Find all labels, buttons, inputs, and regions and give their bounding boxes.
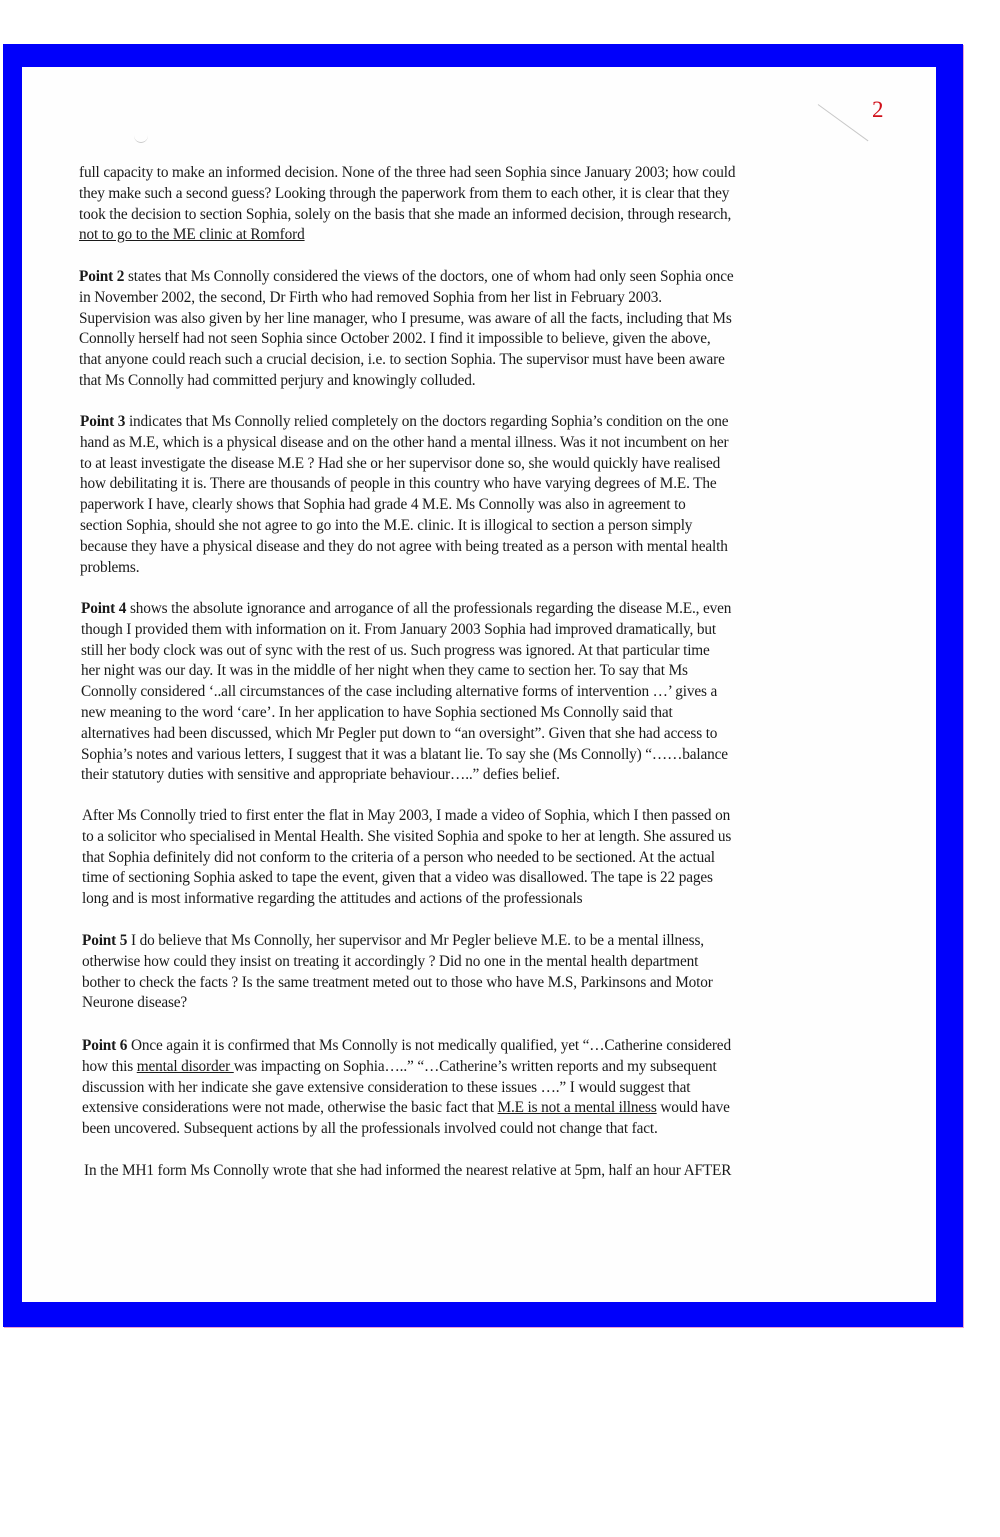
text-line: long and is most informative regarding t…: [82, 889, 872, 910]
point-label: Point 5: [82, 932, 127, 949]
page-number: 2: [872, 97, 884, 123]
text-line: her night was our day. It was in the mid…: [81, 661, 871, 682]
text-line: that anyone could reach such a crucial d…: [79, 350, 869, 371]
text-line: that Ms Connolly had committed perjury a…: [79, 371, 869, 392]
paragraph-video: After Ms Connolly tried to first enter t…: [82, 806, 872, 910]
text-span: indicates that Ms Connolly relied comple…: [125, 413, 728, 430]
text-line: Supervision was also given by her line m…: [79, 309, 869, 330]
text-line: because they have a physical disease and…: [80, 537, 870, 558]
text-span: how this: [82, 1058, 137, 1075]
text-span: would have: [657, 1099, 730, 1116]
text-line: still her body clock was out of sync wit…: [81, 641, 871, 662]
text-line: Point 6 Once again it is confirmed that …: [82, 1036, 872, 1057]
text-line: alternatives had been discussed, which M…: [81, 724, 871, 745]
text-line: Connolly herself had not seen Sophia sin…: [79, 329, 869, 350]
text-line: to at least investigate the disease M.E …: [80, 454, 870, 475]
text-span: states that Ms Connolly considered the v…: [124, 268, 733, 285]
text-span: Once again it is confirmed that Ms Conno…: [127, 1037, 731, 1054]
text-line: extensive considerations were not made, …: [82, 1098, 872, 1119]
text-line: time of sectioning Sophia asked to tape …: [82, 868, 872, 889]
text-line: Neurone disease?: [82, 993, 872, 1014]
text-line: section Sophia, should she not agree to …: [80, 516, 870, 537]
paragraph-point-5: Point 5 I do believe that Ms Connolly, h…: [82, 931, 872, 1014]
text-line: that Sophia definitely did not conform t…: [82, 848, 872, 869]
underlined-text: M.E is not a mental illness: [498, 1099, 657, 1116]
text-line: how debilitating it is. There are thousa…: [80, 474, 870, 495]
text-line: full capacity to make an informed decisi…: [79, 163, 869, 184]
text-line: took the decision to section Sophia, sol…: [79, 205, 869, 226]
point-label: Point 2: [79, 268, 124, 285]
point-label: Point 4: [81, 600, 126, 617]
text-line: hand as M.E, which is a physical disease…: [80, 433, 870, 454]
text-span: shows the absolute ignorance and arrogan…: [126, 600, 731, 617]
text-line: Connolly considered ‘..all circumstances…: [81, 682, 871, 703]
text-line: though I provided them with information …: [81, 620, 871, 641]
text-line: Point 5 I do believe that Ms Connolly, h…: [82, 931, 872, 952]
text-line: been uncovered. Subsequent actions by al…: [82, 1119, 872, 1140]
paragraph-mh1: In the MH1 form Ms Connolly wrote that s…: [84, 1161, 874, 1182]
text-line: otherwise how could they insist on treat…: [82, 952, 872, 973]
text-line: Sophia’s notes and various letters, I su…: [81, 745, 871, 766]
scan-artifact-hole-punch: [134, 128, 148, 143]
underlined-text: mental disorder: [137, 1058, 234, 1075]
text-line: Point 4 shows the absolute ignorance and…: [81, 599, 871, 620]
text-line: Point 3 indicates that Ms Connolly relie…: [80, 412, 870, 433]
point-label: Point 6: [82, 1037, 127, 1054]
text-span: extensive considerations were not made, …: [82, 1099, 498, 1116]
text-line: Point 2 states that Ms Connolly consider…: [79, 267, 869, 288]
text-line: in November 2002, the second, Dr Firth w…: [79, 288, 869, 309]
paragraph-point-6: Point 6 Once again it is confirmed that …: [82, 1036, 872, 1140]
text-line: to a solicitor who specialised in Mental…: [82, 827, 872, 848]
text-line: paperwork I have, clearly shows that Sop…: [80, 495, 870, 516]
text-line: bother to check the facts ? Is the same …: [82, 973, 872, 994]
text-span: I do believe that Ms Connolly, her super…: [127, 932, 704, 949]
paragraph-intro-continued: full capacity to make an informed decisi…: [79, 163, 869, 246]
paragraph-point-2: Point 2 states that Ms Connolly consider…: [79, 267, 869, 392]
text-line: their statutory duties with sensitive an…: [81, 765, 871, 786]
paragraph-point-3: Point 3 indicates that Ms Connolly relie…: [80, 412, 870, 578]
text-line: discussion with her indicate she gave ex…: [82, 1078, 872, 1099]
text-line: problems.: [80, 558, 870, 579]
text-span: was impacting on Sophia…..” “…Catherine’…: [234, 1058, 717, 1075]
text-line: how this mental disorder was impacting o…: [82, 1057, 872, 1078]
text-line: In the MH1 form Ms Connolly wrote that s…: [84, 1161, 874, 1182]
text-line: they make such a second guess? Looking t…: [79, 184, 869, 205]
text-line: After Ms Connolly tried to first enter t…: [82, 806, 872, 827]
underlined-text: not to go to the ME clinic at Romford: [79, 225, 869, 246]
point-label: Point 3: [80, 413, 125, 430]
paragraph-point-4: Point 4 shows the absolute ignorance and…: [81, 599, 871, 786]
text-line: new meaning to the word ‘care’. In her a…: [81, 703, 871, 724]
